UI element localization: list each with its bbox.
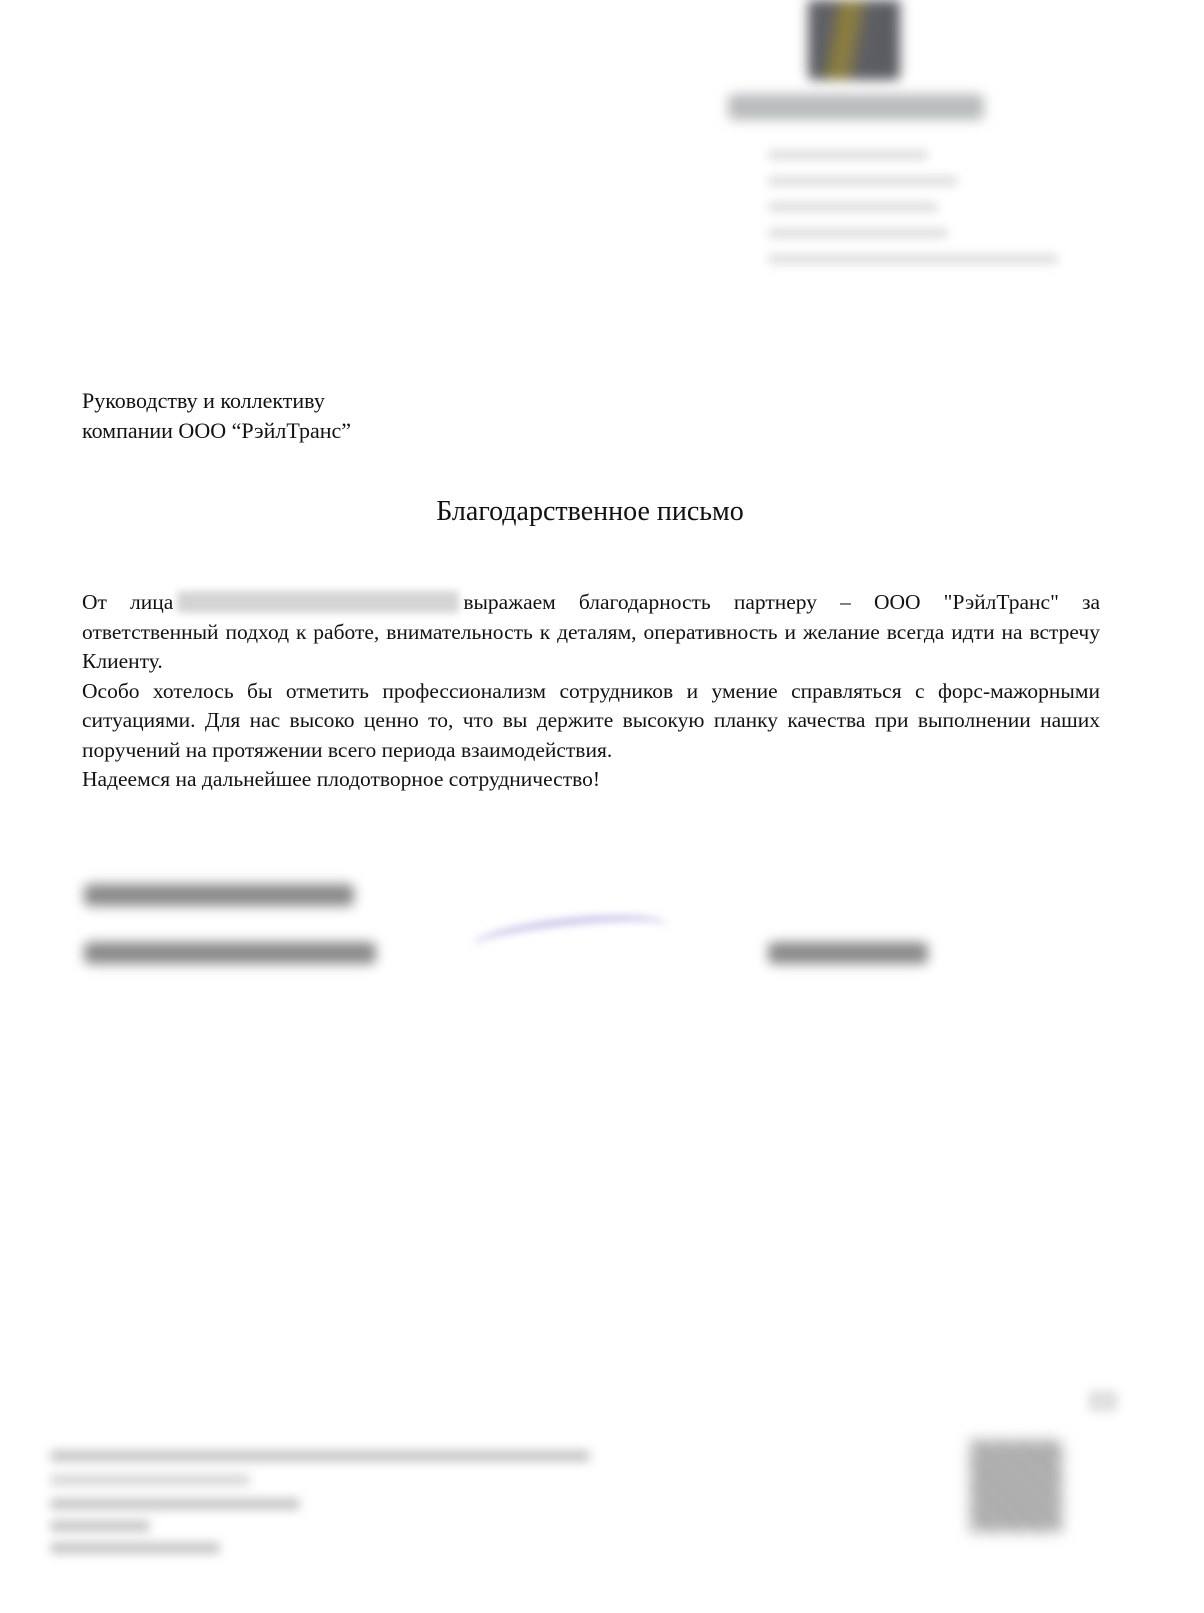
- company-logo-icon: [808, 0, 900, 80]
- signer-name-redacted: [768, 942, 928, 964]
- recipient-line-1: Руководству и коллективу: [82, 386, 351, 416]
- qr-code-icon: [970, 1440, 1062, 1532]
- page-number-redacted: [1088, 1390, 1118, 1412]
- letter-title: Благодарственное письмо: [0, 496, 1180, 528]
- sender-company-redacted: [177, 591, 459, 613]
- paragraph-1: От лицавыражаем благодарность партнеру –…: [82, 588, 1100, 677]
- recipient-line-2: компании ООО “РэйлТранс”: [82, 416, 351, 446]
- recipient-block: Руководству и коллективу компании ООО “Р…: [82, 386, 351, 446]
- signer-company-redacted: [84, 942, 376, 964]
- handwritten-signature-icon: [471, 908, 670, 963]
- company-name-redacted: [728, 94, 984, 120]
- signer-position-redacted: [84, 884, 354, 906]
- paragraph-2: Особо хотелось бы отметить профессионали…: [82, 677, 1100, 766]
- letter-body: От лицавыражаем благодарность партнеру –…: [82, 588, 1100, 795]
- paragraph-1-prefix: От лица: [82, 590, 173, 614]
- paragraph-3: Надеемся на дальнейшее плодотворное сотр…: [82, 765, 1100, 795]
